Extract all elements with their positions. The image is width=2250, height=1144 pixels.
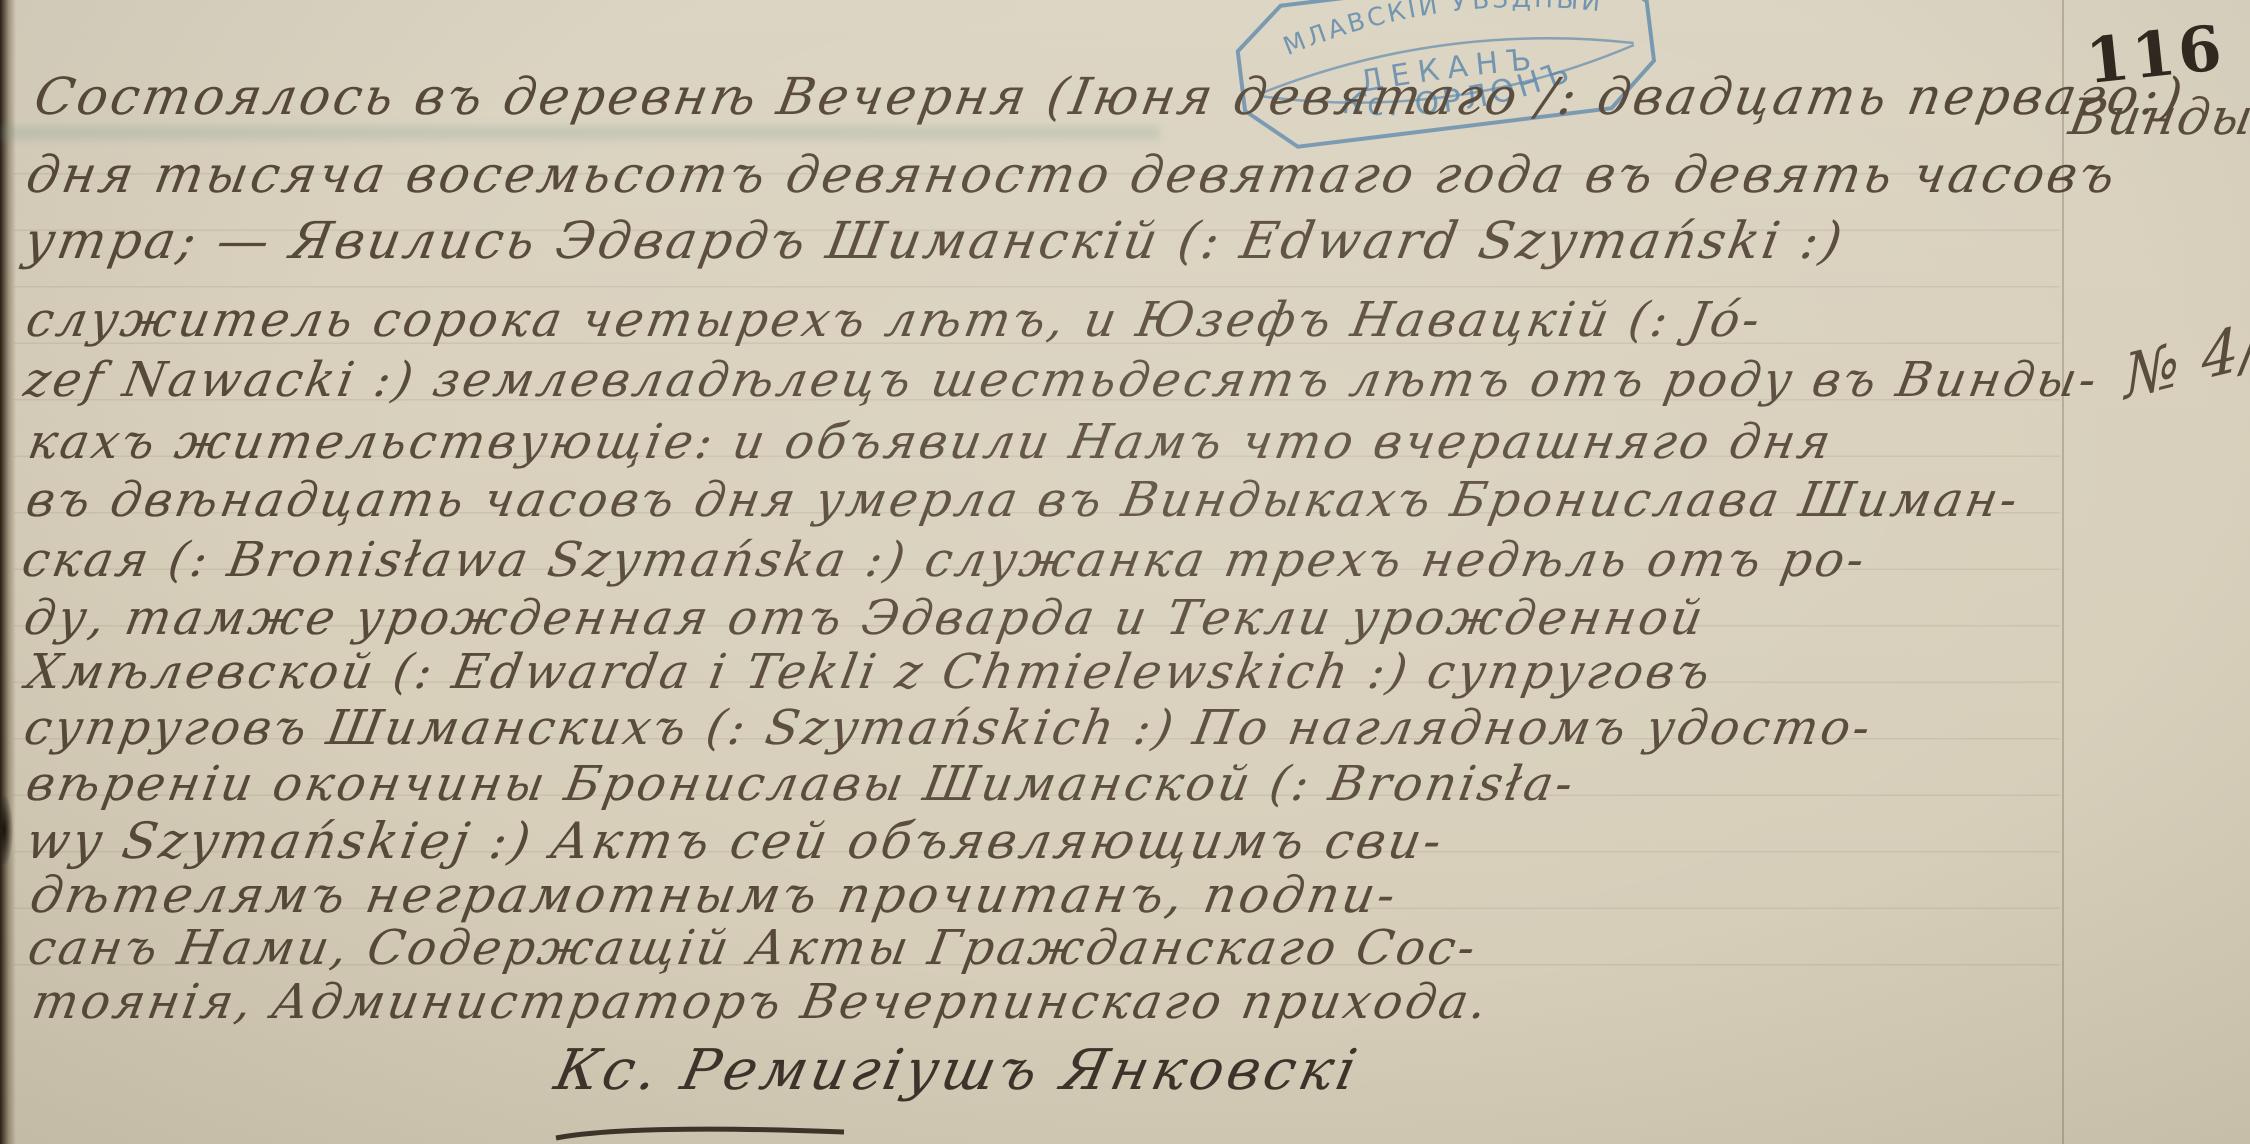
record-line: дѣтелямъ неграмотнымъ прочитанъ, подпи-	[26, 866, 1403, 924]
record-line: супруговъ Шиманскихъ (: Szymańskich :) П…	[20, 700, 1877, 756]
record-line: тоянія, Администраторъ Вечерпинскаго при…	[28, 974, 1494, 1030]
priest-signature: Кс. Ремигіушъ Янковскі	[549, 1038, 1366, 1103]
binding-edge	[0, 0, 16, 1144]
scanned-page: МЛАВСКІЙ УѢЗДНЫЙ ДЕКАНЪ Кс. ОРЛОНЪ 116 В…	[0, 0, 2250, 1144]
record-line: въ двѣнадцать часовъ дня умерла въ Винды…	[22, 472, 2025, 528]
record-line: вѣреніи окончины Брониславы Шиманской (:…	[22, 756, 1580, 812]
scan-smudge	[0, 126, 1160, 140]
record-line: дня тысяча восемьсотъ девяносто девятаго…	[22, 146, 2122, 205]
record-line: ская (: Bronisława Szymańska :) служанка…	[18, 532, 1871, 588]
record-line: утра; — Явились Эдвардъ Шиманскій (: Edw…	[20, 212, 1849, 271]
record-line: служитель сорока четырехъ лѣтъ, и Юзефъ …	[22, 292, 1767, 348]
margin-record-number: № 4/	[2123, 308, 2250, 414]
signature-flourish	[552, 1122, 852, 1144]
record-line: санъ Нами, Содержащій Акты Гражданскаго …	[24, 920, 1482, 976]
record-line: ду, тамже урожденная отъ Эдварда и Текли…	[20, 590, 1710, 646]
record-line: wy Szymańskiej :) Актъ сей объявляющимъ …	[22, 812, 1449, 870]
record-line: Состоялось въ деревнѣ Вечерня (Іюня девя…	[30, 68, 2190, 127]
record-line: кахъ жительствующіе: и объявили Намъ что…	[24, 414, 1838, 470]
record-line: zef Nawacki :) землевладѣлецъ шестьдесят…	[20, 352, 2103, 408]
record-line: Хмѣлевской (: Edwarda i Tekli z Chmielew…	[22, 644, 1717, 700]
